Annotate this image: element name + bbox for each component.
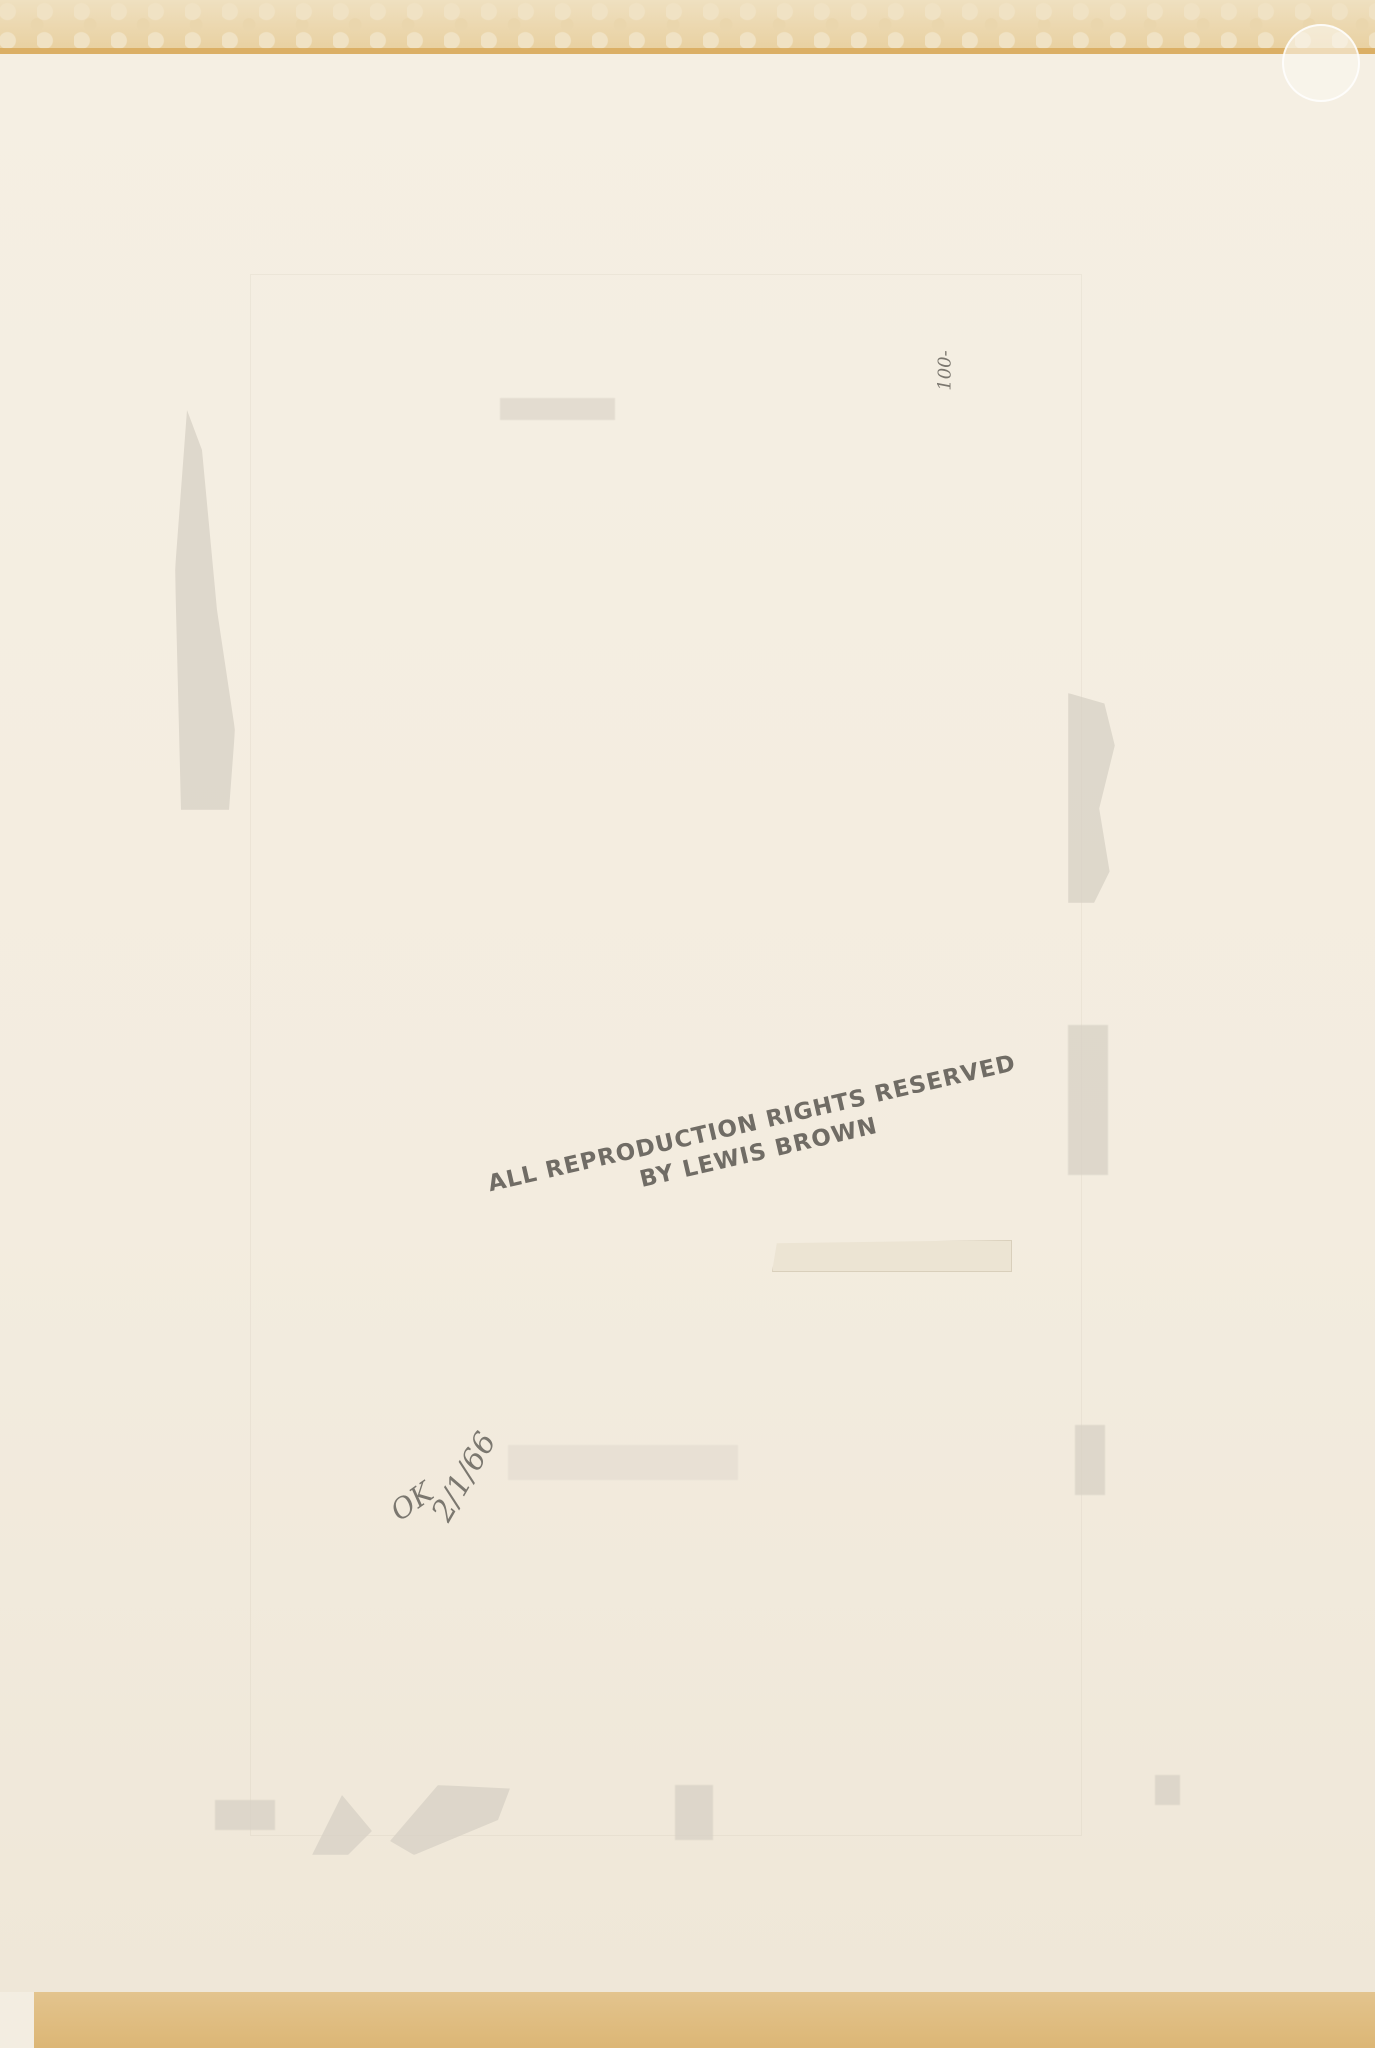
bottom-stained-edge	[34, 1992, 1375, 2048]
adhesive-residue-bottom-5	[1155, 1775, 1180, 1805]
mount-outline	[250, 274, 1082, 1836]
top-stained-edge	[0, 0, 1375, 54]
paper-sheet	[0, 54, 1375, 1992]
adhesive-residue-top	[500, 398, 615, 420]
blind-stamp-seal	[1282, 24, 1360, 102]
adhesive-residue-right-3	[1075, 1425, 1105, 1495]
adhesive-residue-bottom-4	[675, 1785, 713, 1840]
adhesive-residue-right-2	[1068, 1025, 1108, 1175]
adhesive-residue-bottom-1	[215, 1800, 275, 1830]
tape-strip	[772, 1240, 1012, 1272]
pencil-price-note: 100-	[935, 350, 956, 390]
adhesive-residue-mid	[508, 1445, 738, 1480]
